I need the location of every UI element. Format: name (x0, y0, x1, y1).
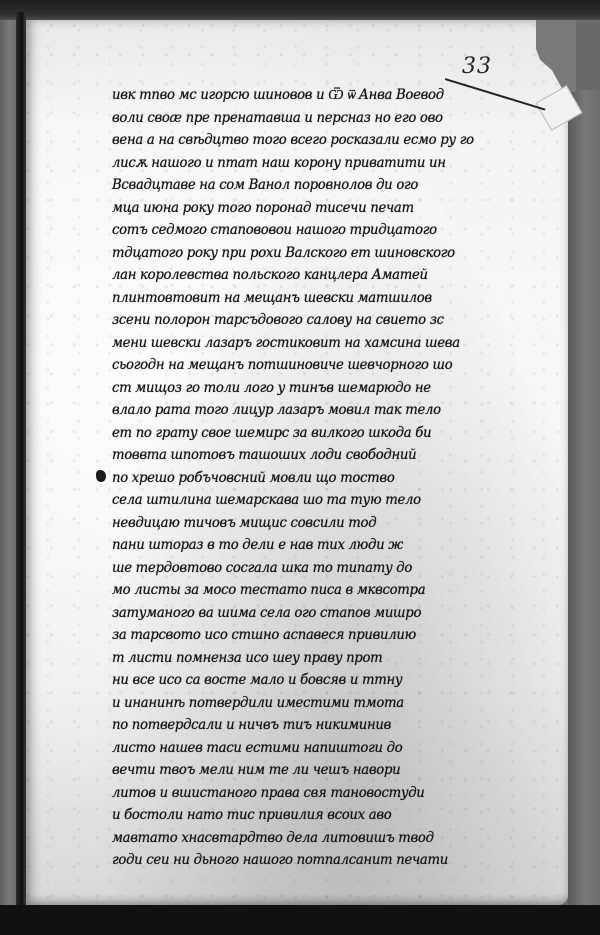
manuscript-line: сьогодн на мещанъ потшиновиче шевчорного… (112, 354, 504, 377)
manuscript-line: лисѫ нашого и птат наш корону приватити … (112, 152, 504, 175)
manuscript-line: товвта шпотовъ ташоших лоди свободний (112, 444, 504, 467)
manuscript-line: по потвердсали и ничвъ тиъ никиминив (112, 714, 504, 737)
manuscript-line: мавтато хнасвтардтво дела литовишъ твод (112, 827, 504, 850)
folio-number: 33 (462, 54, 492, 79)
manuscript-line: вена а на свѣдцтво того всего росказали … (112, 129, 504, 152)
book-binding-edge (16, 12, 26, 910)
scanner-top-edge (0, 0, 600, 20)
manuscript-line: лан королевства польского канцлера Амате… (112, 264, 504, 287)
manuscript-line: и бостоли нато тис привилия всоих аво (112, 804, 504, 827)
ink-stain (96, 470, 106, 482)
manuscript-line: ше тердовтово сосгала шка то типату до (112, 557, 504, 580)
manuscript-text-block: ивк тпво мс игорсю шиновов и Ѿ ѿ Анва Во… (112, 84, 512, 872)
manuscript-line: пани штораз в то дели е нав тих люди ж (112, 534, 504, 557)
manuscript-line: ет по грату свое шемирс за вилкого шкода… (112, 422, 504, 445)
manuscript-line: по хрешо робъчовсний мовли що тоство (112, 467, 504, 490)
manuscript-line: Всвадцтаве на сом Ванол поровнолов ди ог… (112, 174, 504, 197)
manuscript-line: плинтовтовит на мещанъ шевски матшилов (112, 287, 504, 310)
manuscript-line: годи сеи ни дьного нашого потпалсанит пе… (112, 849, 504, 872)
manuscript-line: ст мищоз го толи лого у тинъв шемарюдо н… (112, 377, 504, 400)
manuscript-line: мо листы за мосо тестато писа в мквсотра (112, 579, 504, 602)
manuscript-line: за тарсвото исо стшно аспавеся привилию (112, 624, 504, 647)
manuscript-line: села штилина шемарскава шо та тую тело (112, 489, 504, 512)
manuscript-line: и инанинѣ потвердили иместими тмота (112, 692, 504, 715)
manuscript-line: воли своӕ пре пренатавша и персназ но ег… (112, 107, 504, 130)
manuscript-line: сотъ седмого стапововои нашого тридцатог… (112, 219, 504, 242)
manuscript-line: вечти твоъ мели ним те ли чешъ навори (112, 759, 504, 782)
manuscript-line: ивк тпво мс игорсю шиновов и Ѿ ѿ Анва Во… (112, 84, 504, 107)
manuscript-line: влало рата того лицур лазаръ мовил так т… (112, 399, 504, 422)
manuscript-line: невдицаю тичовъ мищис совсили тод (112, 512, 504, 535)
manuscript-line: ни все исо са восте мало и бовсяв и ттну (112, 669, 504, 692)
manuscript-line: листо нашев таси естими напиштоги до (112, 737, 504, 760)
manuscript-line: тдцатого року при рохи Валского ет шинов… (112, 242, 504, 265)
manuscript-line: т листи помненза исо шеу праву прот (112, 647, 504, 670)
manuscript-line: мени шевски лазаръ гостиковит на хамсина… (112, 332, 504, 355)
manuscript-line: мца июна року того поронад тисечи печат (112, 197, 504, 220)
scanner-right-margin (568, 90, 600, 905)
manuscript-line: зсени полорон тарсъдового салову на свие… (112, 309, 504, 332)
manuscript-line: литов и вшистаного права свя тановостуди (112, 782, 504, 805)
scanner-bottom-edge (0, 905, 600, 935)
manuscript-line: затуманого ва шима села ого стапов мишро (112, 602, 504, 625)
